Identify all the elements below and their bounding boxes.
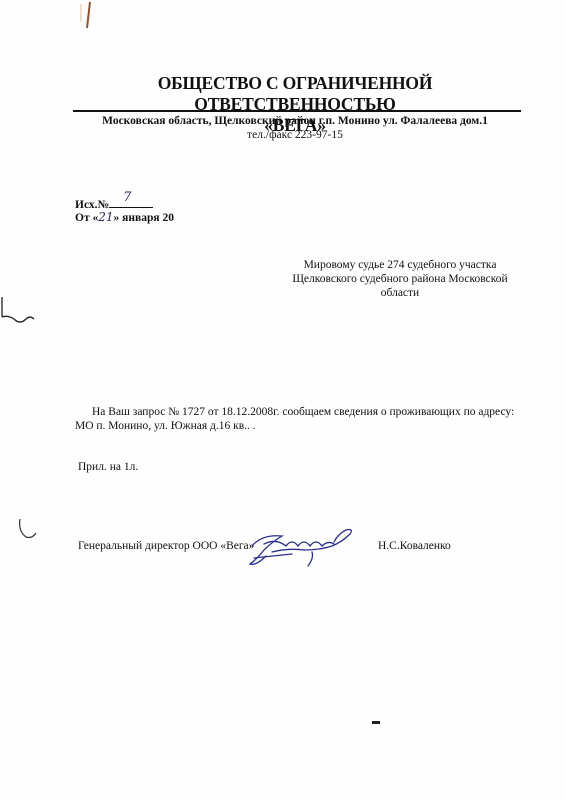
body-line-1: На Ваш запрос № 1727 от 18.12.2008г. соо… <box>75 405 535 419</box>
organization-name-line1: ОБЩЕСТВО С ОГРАНИЧЕННОЙ ОТВЕТСТВЕННОСТЬЮ <box>60 73 530 115</box>
date-suffix: » января 20 <box>114 212 174 224</box>
outgoing-number-field: 7 <box>109 196 153 208</box>
outgoing-number-handwritten: 7 <box>123 191 131 205</box>
signatory-position: Генеральный директор ООО «Вега» <box>78 539 254 553</box>
recipient-line-2: Щелковского судебного района Московской <box>270 272 530 286</box>
recipient-line-3: области <box>270 286 530 300</box>
organization-phone: тел./факс 223-97-15 <box>60 128 530 142</box>
body-line-2: МО п. Монино, ул. Южная д.16 кв.. . <box>75 419 535 433</box>
document-date: От «21» января 20 <box>75 210 174 225</box>
letterhead-divider <box>73 110 521 112</box>
scan-artifact-dash <box>372 721 380 724</box>
date-prefix: От « <box>75 212 98 224</box>
recipient-block: Мировому судье 274 судебного участка Щел… <box>270 258 530 300</box>
handwritten-signature <box>242 516 362 578</box>
date-day-handwritten: 21 <box>98 210 113 224</box>
punch-hole-mark-lower <box>16 515 40 541</box>
recipient-line-1: Мировому судье 274 судебного участка <box>270 258 530 272</box>
document-page: ОБЩЕСТВО С ОГРАНИЧЕННОЙ ОТВЕТСТВЕННОСТЬЮ… <box>0 0 566 800</box>
organization-address: Московская область, Щелковский район г.п… <box>60 114 530 128</box>
attachment-note: Прил. на 1л. <box>78 460 138 474</box>
punch-hole-mark-upper <box>0 295 40 325</box>
scan-artifact-top-mark <box>78 0 98 32</box>
letter-body: На Ваш запрос № 1727 от 18.12.2008г. соо… <box>75 405 535 433</box>
signer-name: Н.С.Коваленко <box>378 539 451 553</box>
